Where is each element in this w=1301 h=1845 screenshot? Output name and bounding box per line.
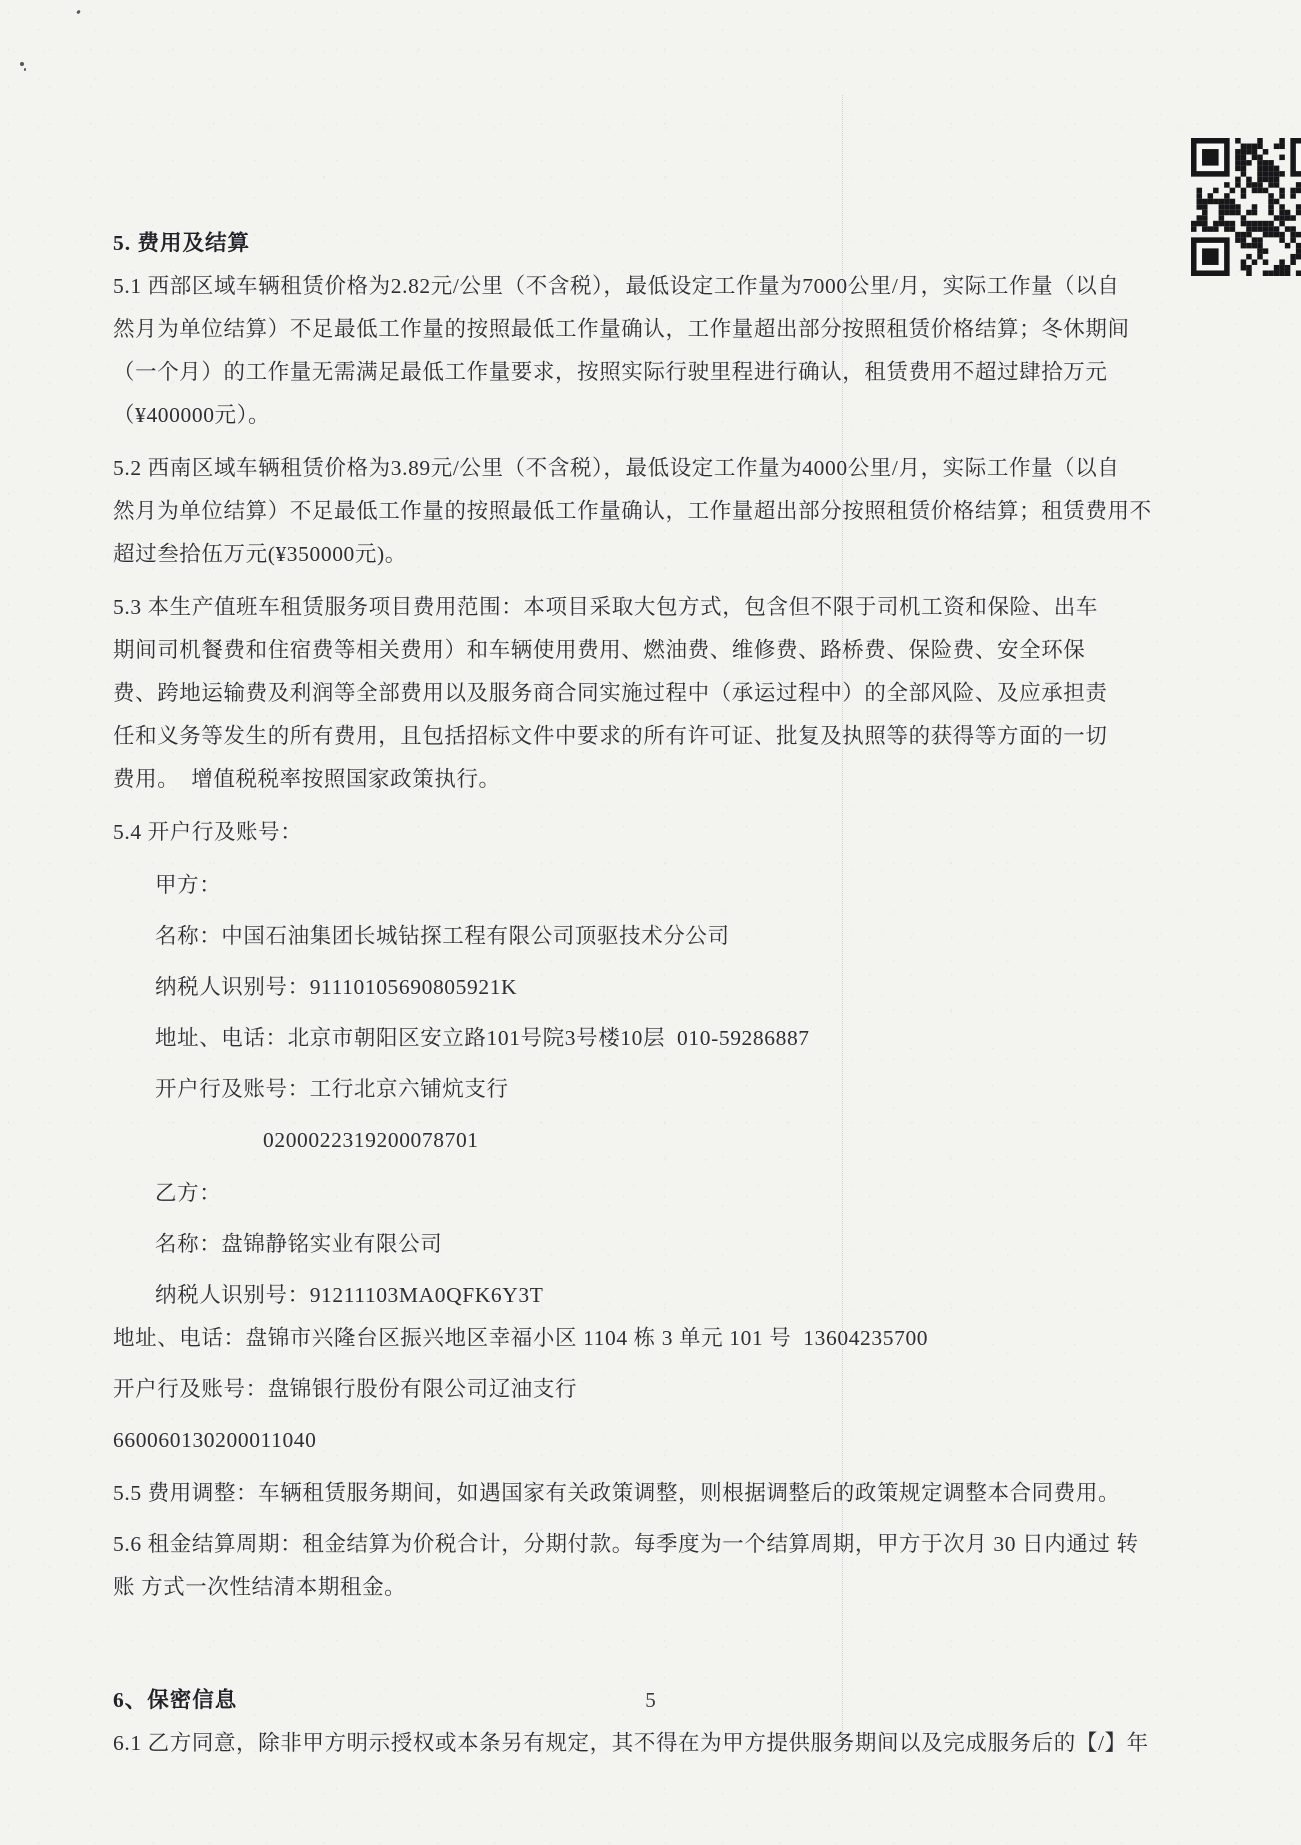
doc-line: 0200022319200078701: [263, 1119, 1205, 1162]
doc-line: 名称：中国石油集团长城钻探工程有限公司顶驱技术分公司: [155, 915, 1205, 958]
doc-line: 5.6 租金结算周期：租金结算为价税合计，分期付款。每季度为一个结算周期，甲方于…: [113, 1523, 1205, 1566]
doc-line: 账 方式一次性结清本期租金。: [113, 1566, 1205, 1609]
doc-line: 乙方：: [155, 1172, 1205, 1215]
doc-line: 地址、电话：盘锦市兴隆台区振兴地区幸福小区 1104 栋 3 单元 101 号 …: [113, 1317, 1205, 1360]
document-body: 5. 费用及结算5.1 西部区域车辆租赁价格为2.82元/公里（不含税），最低设…: [113, 222, 1205, 1765]
doc-line: 5. 费用及结算: [113, 222, 1205, 265]
doc-line: 开户行及账号：工行北京六铺炕支行: [155, 1068, 1205, 1111]
doc-line: 5.1 西部区域车辆租赁价格为2.82元/公里（不含税），最低设定工作量为700…: [113, 265, 1205, 308]
doc-line: （¥400000元）。: [113, 394, 1205, 437]
scan-speck: [24, 68, 26, 71]
qr-code-pattern: [1191, 138, 1301, 276]
doc-line: 地址、电话：北京市朝阳区安立路101号院3号楼10层 010-59286887: [155, 1017, 1205, 1060]
doc-line: 5.3 本生产值班车租赁服务项目费用范围：本项目采取大包方式，包含但不限于司机工…: [113, 586, 1205, 629]
doc-line: 6.1 乙方同意，除非甲方明示授权或本条另有规定，其不得在为甲方提供服务期间以及…: [113, 1722, 1205, 1765]
scan-speck: [76, 10, 81, 15]
doc-line: 5.2 西南区域车辆租赁价格为3.89元/公里（不含税），最低设定工作量为400…: [113, 447, 1205, 490]
page-number: 5: [0, 1688, 1301, 1713]
doc-line: 5.5 费用调整：车辆租赁服务期间，如遇国家有关政策调整，则根据调整后的政策规定…: [113, 1472, 1205, 1515]
doc-line: 5.4 开户行及账号：: [113, 811, 1205, 854]
scan-speck: [20, 62, 24, 66]
doc-line: 纳税人识别号：91211103MA0QFK6Y3T: [155, 1274, 1205, 1317]
doc-line: 期间司机餐费和住宿费等相关费用）和车辆使用费用、燃油费、维修费、路桥费、保险费、…: [113, 629, 1205, 672]
doc-line: 然月为单位结算）不足最低工作量的按照最低工作量确认，工作量超出部分按照租赁价格结…: [113, 490, 1205, 533]
doc-line: 费、跨地运输费及利润等全部费用以及服务商合同实施过程中（承运过程中）的全部风险、…: [113, 672, 1205, 715]
doc-line: 纳税人识别号：91110105690805921K: [155, 966, 1205, 1009]
scanned-contract-page: 5. 费用及结算5.1 西部区域车辆租赁价格为2.82元/公里（不含税），最低设…: [0, 0, 1301, 1845]
qr-code: [1191, 138, 1301, 276]
doc-line: 开户行及账号：盘锦银行股份有限公司辽油支行: [113, 1368, 1205, 1411]
doc-line: 超过叁拾伍万元(¥350000元)。: [113, 533, 1205, 576]
doc-line: （一个月）的工作量无需满足最低工作量要求，按照实际行驶里程进行确认，租赁费用不超…: [113, 351, 1205, 394]
doc-line: 任和义务等发生的所有费用，且包括招标文件中要求的所有许可证、批复及执照等的获得等…: [113, 715, 1205, 758]
doc-line: 费用。 增值税税率按照国家政策执行。: [113, 758, 1205, 801]
doc-line: 名称：盘锦静铭实业有限公司: [155, 1223, 1205, 1266]
doc-line: 甲方：: [155, 864, 1205, 907]
doc-line: 然月为单位结算）不足最低工作量的按照最低工作量确认，工作量超出部分按照租赁价格结…: [113, 308, 1205, 351]
doc-line: 660060130200011040: [113, 1419, 1205, 1462]
